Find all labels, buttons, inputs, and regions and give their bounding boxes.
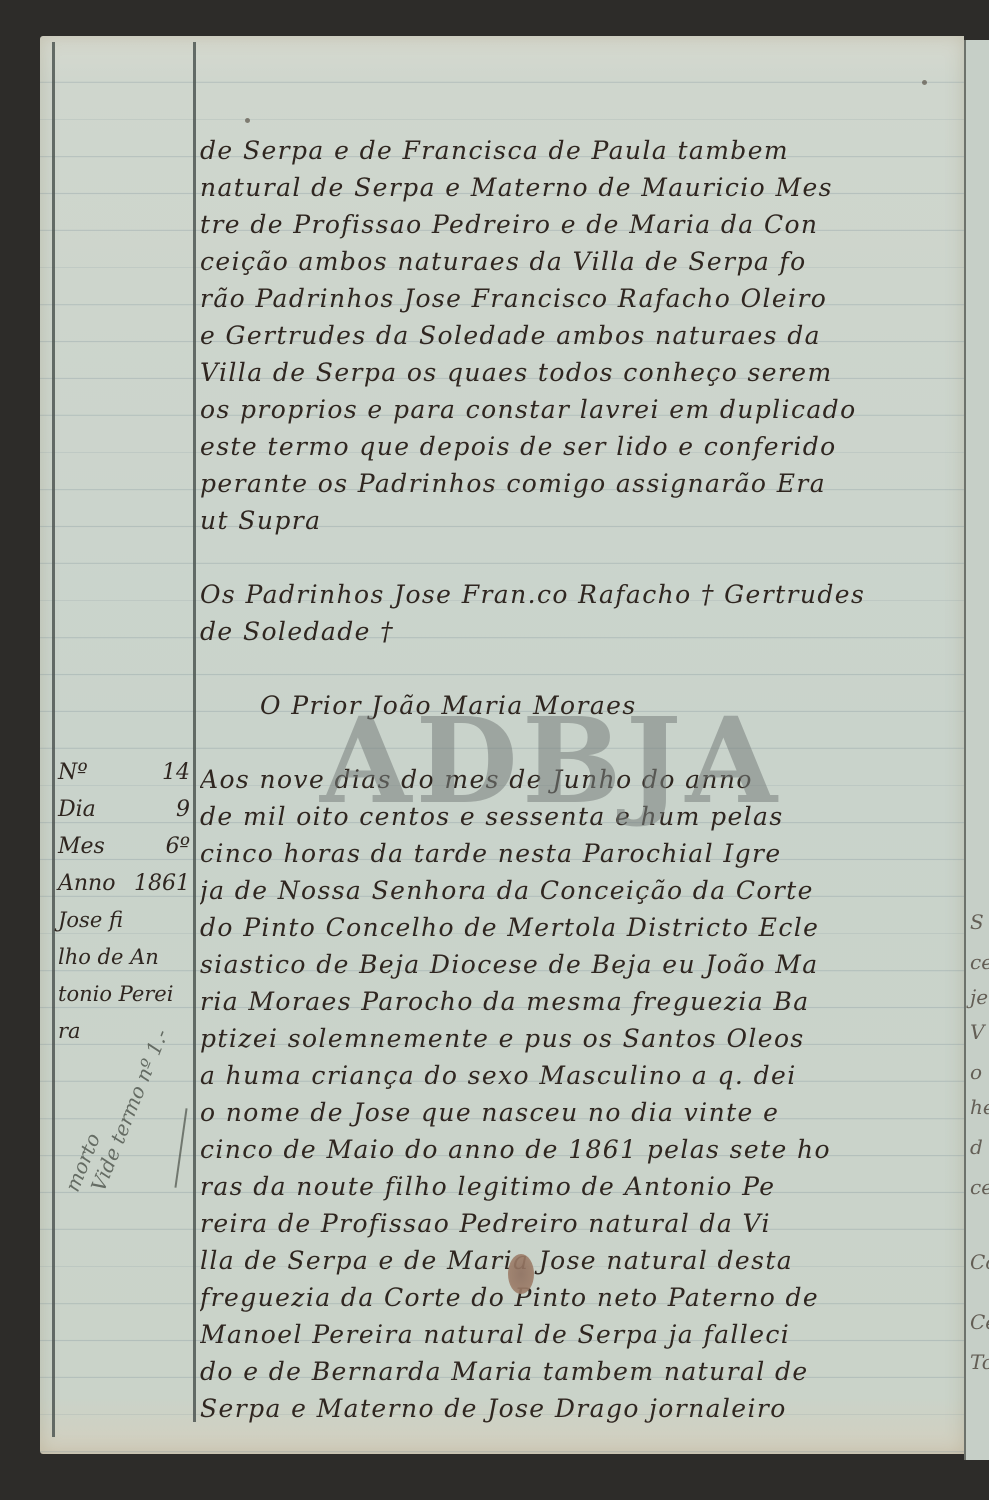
facing-text-fragment: he [970,1095,989,1119]
facing-text-fragment: To [970,1350,989,1374]
blank-line [200,724,960,761]
text-line: os proprios e para constar lavrei em dup… [200,391,960,428]
text-line: perante os Padrinhos comigo assignarão E… [200,465,960,502]
year-value: 1861 [134,865,190,902]
facing-text-fragment: V [970,1020,984,1044]
entry-margin-summary: Nº 14 Dia 9 Mes 6º Anno 1861 Jose fi lho… [58,754,190,1050]
margin-name-line: lho de An [58,939,190,976]
text-line: freguezia da Corte do Pinto neto Paterno… [200,1279,960,1316]
text-line: ja de Nossa Senhora da Conceição da Cort… [200,872,960,909]
godparents-signature: Os Padrinhos Jose Fran.co Rafacho † Gert… [200,576,960,613]
facing-text-fragment: ce [970,1175,989,1199]
ink-spot [922,80,927,85]
year-label: Anno [58,865,115,902]
text-line: ria Moraes Parocho da mesma freguezia Ba [200,983,960,1020]
text-line: e Gertrudes da Soledade ambos naturaes d… [200,317,960,354]
manuscript-page: de Serpa e de Francisca de Paula tambem … [40,36,964,1454]
entry-number: 14 [162,754,190,791]
day-label: Dia [58,791,96,828]
text-line: do e de Bernarda Maria tambem natural de [200,1353,960,1390]
text-line: Serpa e Materno de Jose Drago jornaleiro [200,1390,960,1427]
godparents-signature: de Soledade † [200,613,960,650]
text-line: siastico de Beja Diocese de Beja eu João… [200,946,960,983]
facing-text-fragment: je [970,985,988,1009]
text-line: tre de Profissao Pedreiro e de Maria da … [200,206,960,243]
facing-text-fragment: Co [970,1250,989,1274]
text-line: Villa de Serpa os quaes todos conheço se… [200,354,960,391]
text-line: o nome de Jose que nasceu no dia vinte e [200,1094,960,1131]
facing-text-fragment: o [970,1060,982,1084]
text-line: Manoel Pereira natural de Serpa ja falle… [200,1316,960,1353]
margin-name-line: tonio Perei [58,976,190,1013]
priest-signature: O Prior João Maria Moraes [200,687,960,724]
text-line: este termo que depois de ser lido e conf… [200,428,960,465]
number-label: Nº [58,754,88,791]
blank-line [200,539,960,576]
text-line: ptizei solemnemente e pus os Santos Oleo… [200,1020,960,1057]
day-row: Dia 9 [58,791,190,828]
wax-stain [508,1254,534,1294]
text-line: reira de Profissao Pedreiro natural da V… [200,1205,960,1242]
text-line: de Serpa e de Francisca de Paula tambem [200,132,960,169]
main-text-column: de Serpa e de Francisca de Paula tambem … [200,132,960,1427]
entry-number-row: Nº 14 [58,754,190,791]
pencil-underline [174,1108,187,1187]
month-value: 6º [166,828,190,865]
ink-spot [245,118,250,123]
text-line: Aos nove dias do mes de Junho do anno [200,761,960,798]
day-value: 9 [176,791,190,828]
facing-text-fragment: S [970,910,984,934]
blank-line [200,650,960,687]
text-line: a huma criança do sexo Masculino a q. de… [200,1057,960,1094]
text-line: do Pinto Concelho de Mertola Districto E… [200,909,960,946]
text-line: cinco de Maio do anno de 1861 pelas sete… [200,1131,960,1168]
facing-text-fragment: ce [970,950,989,974]
text-line: ut Supra [200,502,960,539]
text-line: ras da noute filho legitimo de Antonio P… [200,1168,960,1205]
left-border-rule [52,42,55,1437]
text-line: ceição ambos naturaes da Villa de Serpa … [200,243,960,280]
year-row: Anno 1861 [58,865,190,902]
text-line: de mil oito centos e sessenta e hum pela… [200,798,960,835]
month-row: Mes 6º [58,828,190,865]
text-line: lla de Serpa e de Maria Jose natural des… [200,1242,960,1279]
margin-rule [193,42,196,1422]
text-line: cinco horas da tarde nesta Parochial Igr… [200,835,960,872]
month-label: Mes [58,828,105,865]
facing-page-edge: S ce je V o he d ce Co Ce To [964,40,989,1460]
facing-text-fragment: d [970,1135,983,1159]
text-line: natural de Serpa e Materno de Mauricio M… [200,169,960,206]
facing-text-fragment: Ce [970,1310,989,1334]
text-line: rão Padrinhos Jose Francisco Rafacho Ole… [200,280,960,317]
margin-name-line: Jose fi [58,902,190,939]
